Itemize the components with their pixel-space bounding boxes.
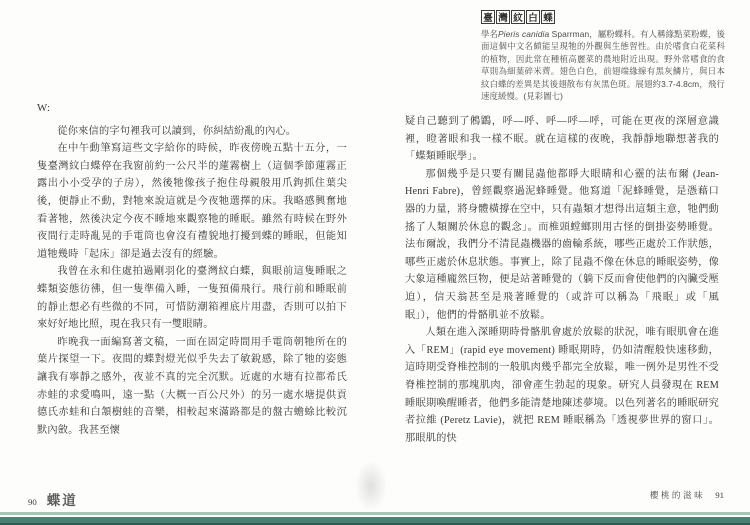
bottom-band-light-stripe xyxy=(0,512,750,515)
body-paragraph: 昨晚我一面編寫著文稿，一面在固定時間用手電筒朝牠所在的葉片探望一下。夜間的蝶對燈… xyxy=(37,334,347,440)
species-latin-name: Pieris canidia xyxy=(498,29,549,39)
body-paragraph: 我曾在永和住處拍過剛羽化的臺灣紋白蝶，與眼前這隻睡眠之蝶類姿態彷彿，但一隻準備入… xyxy=(37,263,347,333)
infobox-title-char: 臺 xyxy=(481,10,495,24)
infobox-title-char: 灣 xyxy=(496,10,510,24)
body-paragraph: 在中午動筆寫這些文字給你的時候，昨夜傍晚五點十五分，一隻臺灣紋白蝶停在我窗前約一… xyxy=(37,140,347,263)
body-paragraph: 疑自己聽到了鵂鶹，呼—呼、呼—呼—呼，可能在更夜的深層意識裡，瞪著眼和我一樣不眠… xyxy=(405,113,719,166)
left-page-text: W: 從你來信的字句裡我可以讀到，你糾結紛亂的內心。 在中午動筆寫這些文字給你的… xyxy=(37,100,347,439)
body-paragraph: 從你來信的字句裡我可以讀到，你糾結紛亂的內心。 xyxy=(37,123,347,141)
footer-right: 櫻桃的滋味 91 xyxy=(650,489,724,501)
species-prefix: 學名 xyxy=(481,29,498,39)
footer-left: 90 蝶道 xyxy=(28,489,78,509)
infobox-title-char: 白 xyxy=(526,10,540,24)
species-infobox: 臺灣紋白蝶 學名Pieris canidia Sparrman，屬粉蝶科。有人稱… xyxy=(481,10,725,102)
body-paragraph: 那個幾乎是只要有關昆蟲他都睜大眼睛和心靈的法布爾 (Jean-Henri Fab… xyxy=(405,166,719,324)
page-number-left: 90 xyxy=(28,497,37,507)
infobox-title: 臺灣紋白蝶 xyxy=(481,10,725,24)
chapter-title: 櫻桃的滋味 xyxy=(650,489,705,501)
infobox-body: 學名Pieris canidia Sparrman，屬粉蝶科。有人稱緣點菜粉蝶，… xyxy=(481,28,725,102)
infobox-title-char: 紋 xyxy=(511,10,525,24)
infobox-title-char: 蝶 xyxy=(541,10,555,24)
infobox-description: Sparrman，屬粉蝶科。有人稱緣點菜粉蝶，後面這個中文名頗能呈現牠的外觀與生… xyxy=(481,29,725,101)
book-spread: W: 從你來信的字句裡我可以讀到，你糾結紛亂的內心。 在中午動筆寫這些文字給你的… xyxy=(0,0,750,525)
salutation: W: xyxy=(37,100,347,118)
gutter-shadow xyxy=(356,462,386,510)
body-paragraph: 人類在進入深睡期時骨骼肌會處於放鬆的狀況，唯有眼肌會在進入「REM」(rapid… xyxy=(405,324,719,447)
book-title: 蝶道 xyxy=(47,489,78,509)
right-page-text: 疑自己聽到了鵂鶹，呼—呼、呼—呼—呼，可能在更夜的深層意識裡，瞪著眼和我一樣不眠… xyxy=(405,113,719,447)
page-number-right: 91 xyxy=(715,490,724,500)
